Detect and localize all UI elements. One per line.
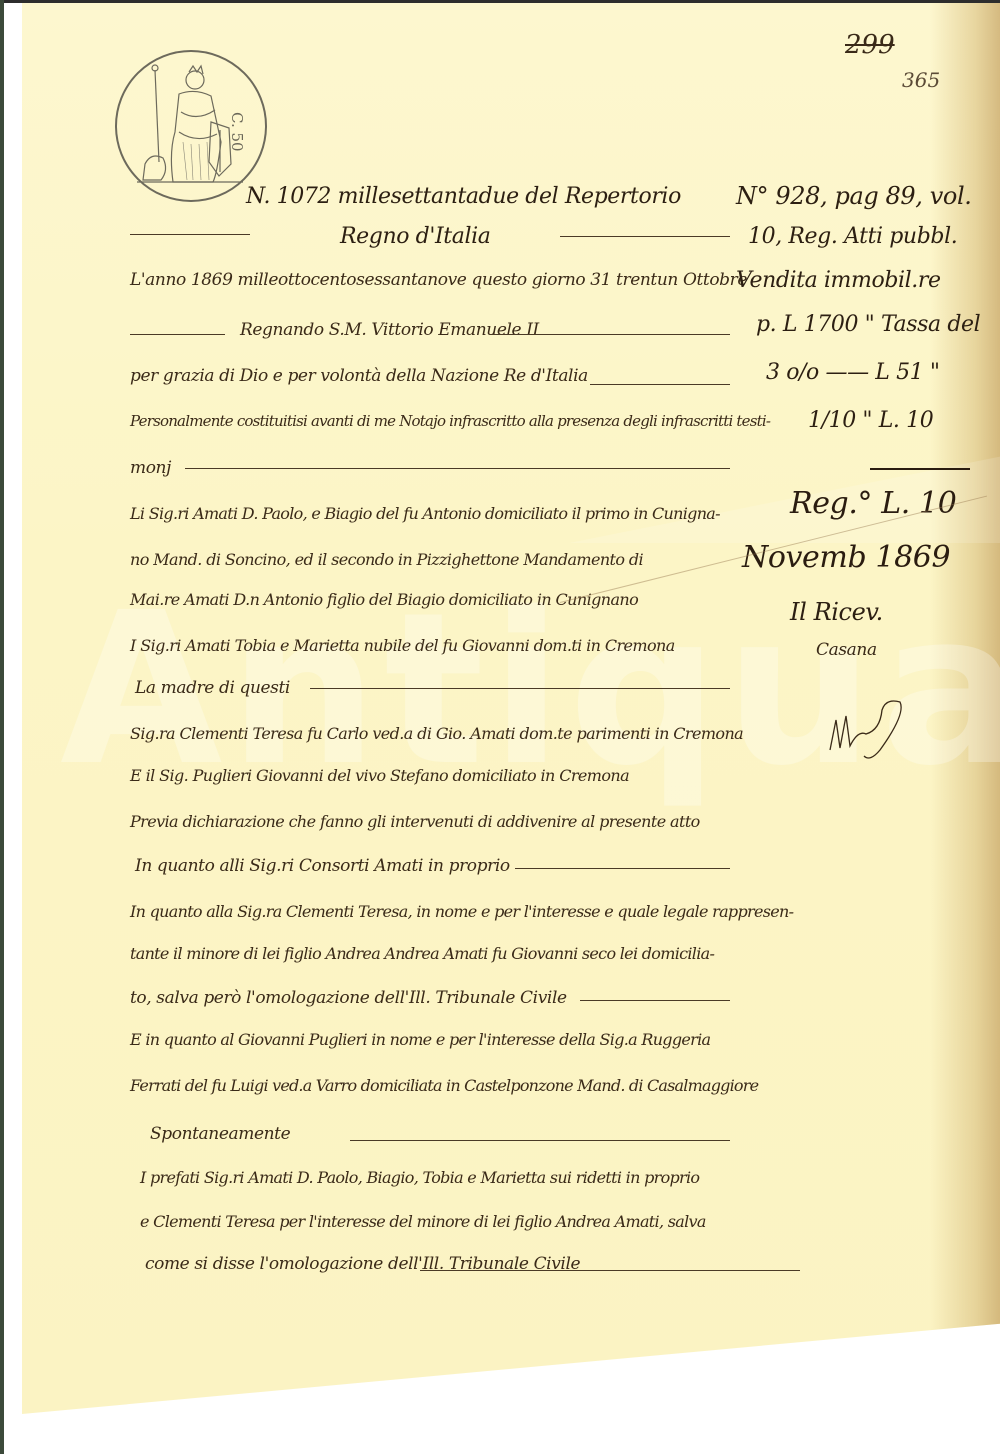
divider: [185, 468, 730, 469]
in-quanto-puglieri-line: E in quanto al Giovanni Puglieri in nome…: [130, 1030, 710, 1049]
date-line: L'anno 1869 milleottocentosessantanove q…: [130, 270, 747, 290]
in-quanto-clementi-line: In quanto alla Sig.ra Clementi Teresa, i…: [130, 902, 793, 921]
margin-registry-6: 1/10 " L. 10: [808, 408, 933, 433]
aged-paper-edge: [930, 3, 1000, 1414]
divider: [130, 234, 250, 235]
divider: [590, 384, 730, 385]
divider: [350, 1140, 730, 1141]
costituitisi-line: Personalmente costituitisi avanti di me …: [130, 412, 770, 430]
second-signature-icon: [820, 690, 920, 770]
ferrati-line: Ferrati del fu Luigi ved.a Varro domicil…: [130, 1076, 758, 1095]
testimonj-line: monj: [130, 458, 171, 478]
margin-registration-amount: Reg.° L. 10: [790, 486, 956, 521]
divider: [560, 236, 730, 237]
scan-top-border: [0, 0, 1000, 3]
tante-minore-line: tante il minore di lei figlio Andrea And…: [130, 944, 714, 963]
divider: [130, 334, 225, 335]
repertorio-number-line: N. 1072 millesettantadue del Repertorio: [246, 184, 681, 209]
madre-line: La madre di questi: [135, 678, 290, 698]
divider: [310, 688, 730, 689]
divider: [490, 334, 730, 335]
clementi-interesse-line: e Clementi Teresa per l'interesse del mi…: [140, 1212, 706, 1231]
heading-regno: Regno d'Italia: [340, 224, 490, 249]
divider: [515, 868, 730, 869]
margin-registry-2: 10, Reg. Atti pubbl.: [748, 224, 957, 249]
margin-registry-4: p. L 1700 " Tassa del: [756, 312, 980, 337]
party-amati-line-2: no Mand. di Soncino, ed il secondo in Pi…: [130, 550, 643, 569]
folio-number-current: 365: [902, 68, 940, 92]
stamp-denomination: C. 50: [228, 112, 246, 152]
margin-receiver-label: Il Ricev.: [790, 598, 883, 626]
margin-registry-1: N° 928, pag 89, vol.: [736, 182, 971, 210]
party-tobia-marietta-line: I Sig.ri Amati Tobia e Marietta nubile d…: [130, 636, 675, 655]
flourish-stroke: [870, 468, 970, 470]
scan-left-border: [0, 0, 4, 1454]
divider: [580, 1000, 730, 1001]
party-puglieri-line: E il Sig. Puglieri Giovanni del vivo Ste…: [130, 766, 629, 785]
margin-receiver-signature: Casana: [816, 640, 877, 660]
margin-registry-3: Vendita immobil.re: [736, 268, 941, 293]
previa-dichiarazione-line: Previa dichiarazione che fanno gli inter…: [130, 812, 700, 831]
come-si-disse-line: come si disse l'omologazione dell'Ill. T…: [145, 1254, 580, 1274]
prefati-line: I prefati Sig.ri Amati D. Paolo, Biagio,…: [140, 1168, 699, 1187]
margin-registry-5: 3 o/o —— L 51 ": [766, 360, 940, 385]
in-quanto-consorti-line: In quanto alli Sig.ri Consorti Amati in …: [135, 856, 510, 876]
regnando-line: Regnando S.M. Vittorio Emanuele II: [240, 320, 539, 340]
party-amati-line: Li Sig.ri Amati D. Paolo, e Biagio del f…: [130, 504, 720, 523]
omologazione-line: to, salva però l'omologazione dell'Ill. …: [130, 988, 567, 1008]
party-antonio-line: Mai.re Amati D.n Antonio figlio del Biag…: [130, 590, 638, 609]
per-grazia-line: per grazia di Dio e per volontà della Na…: [130, 366, 588, 386]
divider: [420, 1270, 800, 1271]
party-clementi-line: Sig.ra Clementi Teresa fu Carlo ved.a di…: [130, 724, 743, 743]
folio-number-struck: 299: [845, 30, 895, 60]
spontaneamente-line: Spontaneamente: [150, 1124, 290, 1144]
margin-registration-date: Novemb 1869: [742, 540, 950, 575]
